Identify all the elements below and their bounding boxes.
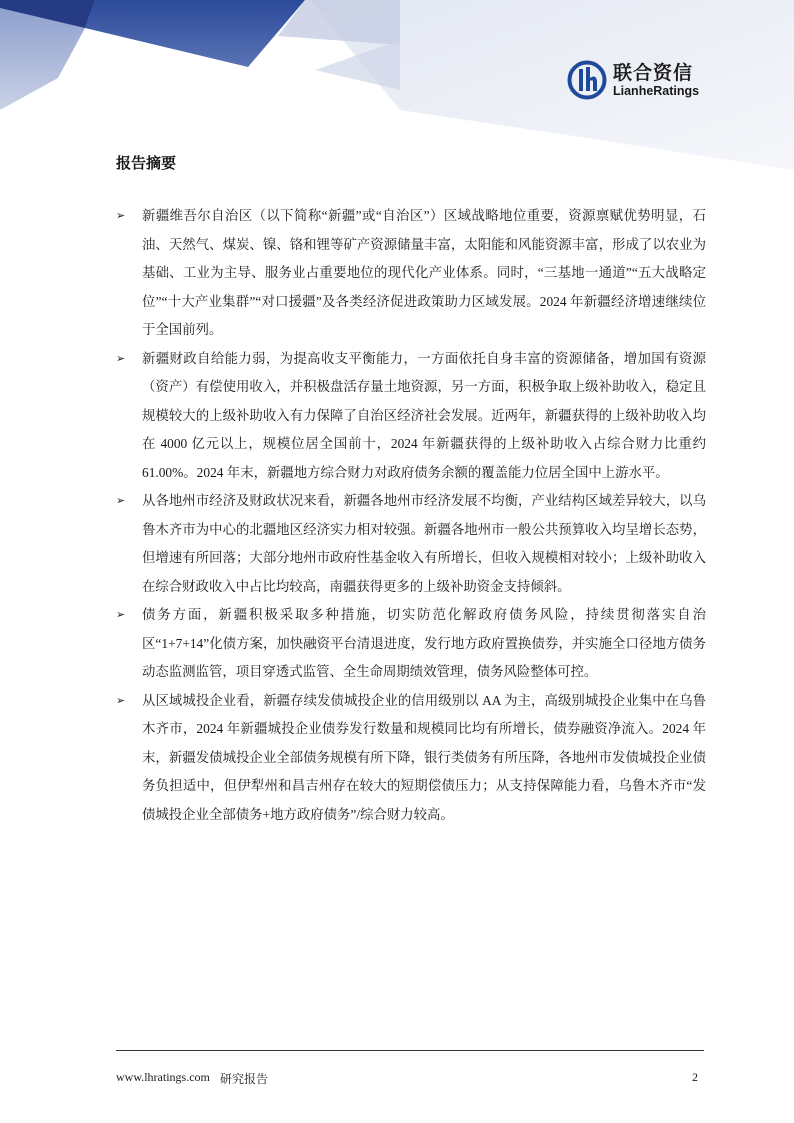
arrow-bullet-icon: ➢ (116, 345, 142, 488)
summary-bullet-list: ➢ 新疆维吾尔自治区（以下简称“新疆”或“自治区”）区域战略地位重要，资源禀赋优… (116, 202, 706, 829)
arrow-bullet-icon: ➢ (116, 687, 142, 830)
bullet-item: ➢ 新疆财政自给能力弱，为提高收支平衡能力，一方面依托自身丰富的资源储备，增加国… (116, 345, 706, 488)
page-number: 2 (692, 1070, 698, 1085)
footer-report-type: 研究报告 (220, 1070, 268, 1087)
bullet-text: 债务方面，新疆积极采取多种措施，切实防范化解政府债务风险，持续贯彻落实自治区“1… (142, 601, 706, 687)
arrow-bullet-icon: ➢ (116, 487, 142, 601)
section-title: 报告摘要 (116, 152, 176, 173)
bullet-item: ➢ 从各地州市经济及财政状况来看，新疆各地州市经济发展不均衡，产业结构区域差异较… (116, 487, 706, 601)
bullet-text: 新疆财政自给能力弱，为提高收支平衡能力，一方面依托自身丰富的资源储备，增加国有资… (142, 345, 706, 488)
footer-website-link[interactable]: www.lhratings.com (116, 1070, 210, 1085)
arrow-bullet-icon: ➢ (116, 601, 142, 687)
arrow-bullet-icon: ➢ (116, 202, 142, 345)
lianhe-ratings-logo: 联合资信 LianheRatings (567, 60, 699, 100)
bullet-item: ➢ 从区域城投企业看，新疆存续发债城投企业的信用级别以 AA 为主，高级别城投企… (116, 687, 706, 830)
logo-chinese-name: 联合资信 (613, 63, 699, 84)
bullet-text: 从各地州市经济及财政状况来看，新疆各地州市经济发展不均衡，产业结构区域差异较大，… (142, 487, 706, 601)
logo-english-name: LianheRatings (613, 84, 699, 98)
footer-divider (116, 1050, 704, 1051)
bullet-item: ➢ 新疆维吾尔自治区（以下简称“新疆”或“自治区”）区域战略地位重要，资源禀赋优… (116, 202, 706, 345)
bullet-text: 从区域城投企业看，新疆存续发债城投企业的信用级别以 AA 为主，高级别城投企业集… (142, 687, 706, 830)
lianhe-logo-mark-icon (567, 60, 607, 100)
bullet-item: ➢ 债务方面，新疆积极采取多种措施，切实防范化解政府债务风险，持续贯彻落实自治区… (116, 601, 706, 687)
bullet-text: 新疆维吾尔自治区（以下简称“新疆”或“自治区”）区域战略地位重要，资源禀赋优势明… (142, 202, 706, 345)
